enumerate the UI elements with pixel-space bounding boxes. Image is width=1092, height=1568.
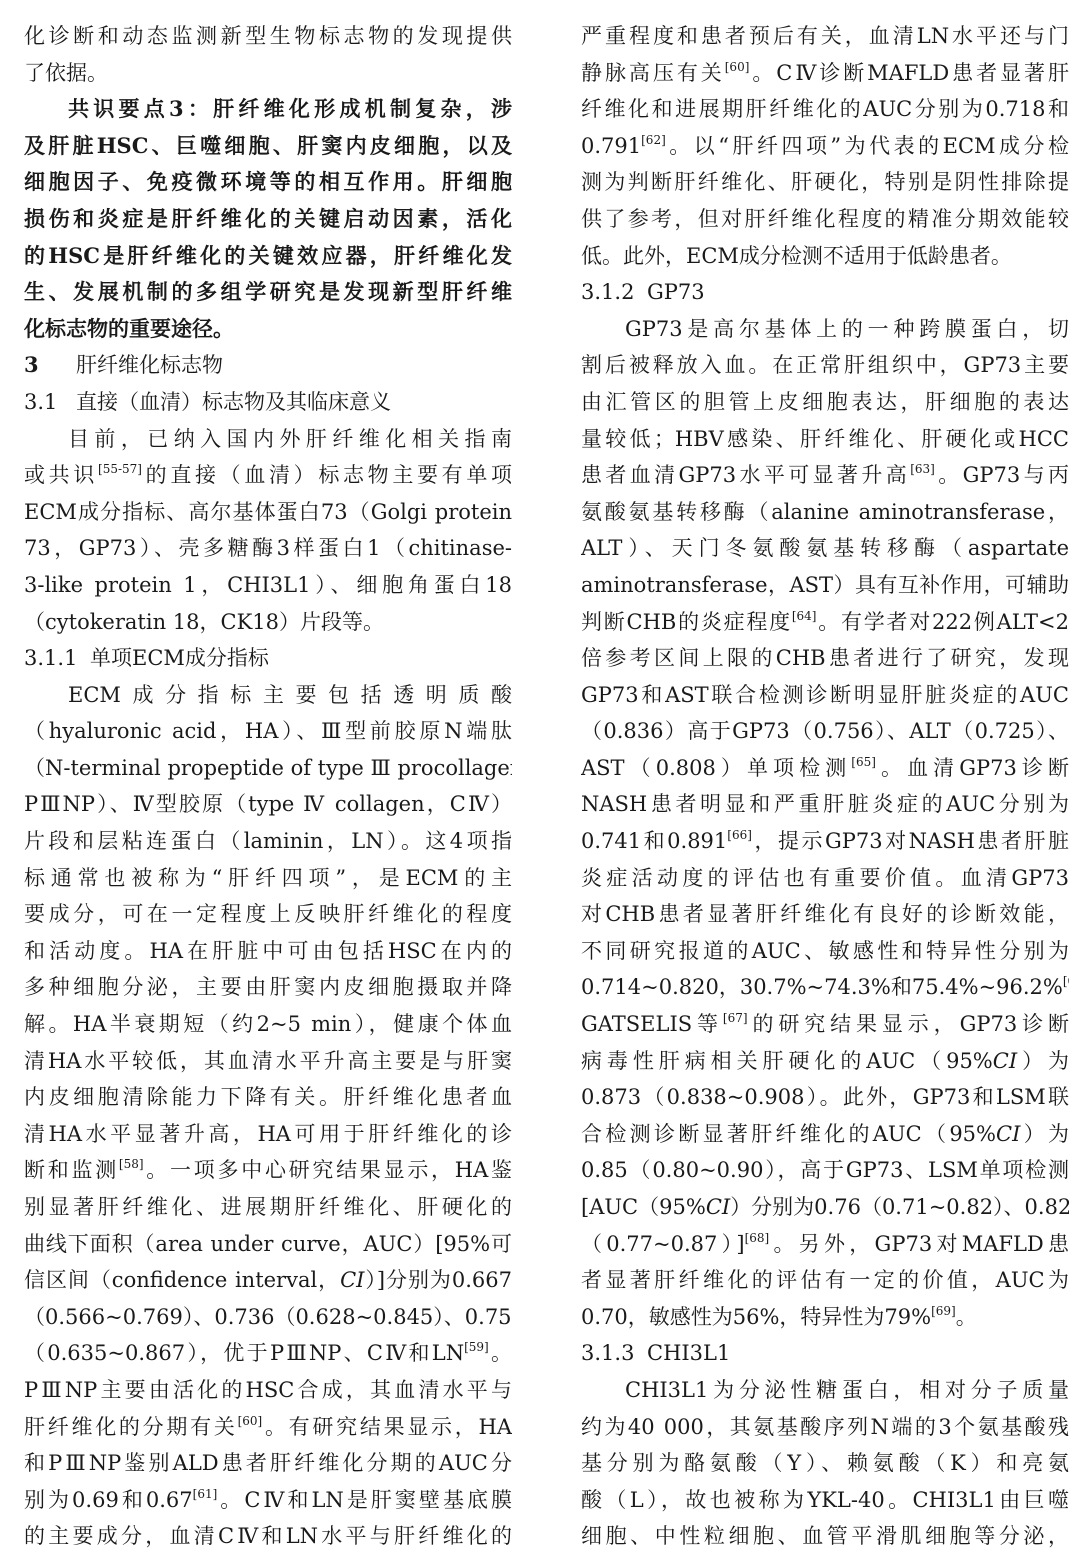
line-text: ）为 xyxy=(1017,1049,1069,1073)
consensus-point-line: 化标志物的重要途径。 xyxy=(24,311,512,348)
paragraph-line: （cytokeratin 18，CK18）片段等。 xyxy=(24,604,512,641)
paragraph-line: PⅢNP主要由活化的HSC合成，其血清水平与 xyxy=(24,1372,512,1409)
paragraph-line: 静脉高压有关[60]。CⅣ诊断MAFLD患者显著肝 xyxy=(581,55,1069,92)
line-text: 0.85（0.80~0.90），高于GP73、LSM单项检测 xyxy=(581,1158,1069,1182)
line-text: （0.635~0.867），优于PⅢNP、CⅣ和LN xyxy=(24,1341,464,1365)
paragraph-line: （0.566~0.769）、0.736（0.628~0.845）、0.751 xyxy=(24,1299,512,1336)
section-number: 3.1 xyxy=(24,384,76,421)
line-text: 判断CHB的炎症程度 xyxy=(581,610,792,634)
paragraph-line: 的主要成分，血清CⅣ和LN水平与肝纤维化的 xyxy=(24,1518,512,1555)
citation-reference[interactable]: [69] xyxy=(931,1304,956,1318)
line-text: 别为0.69和0.67 xyxy=(24,1488,193,1512)
paragraph-line: （0.635~0.867），优于PⅢNP、CⅣ和LN[59]。 xyxy=(24,1335,512,1372)
consensus-point-line: 细胞因子、免疫微环境等的相互作用。肝细胞 xyxy=(24,164,512,201)
paragraph-line: GP73是高尔基体上的一种跨膜蛋白，切 xyxy=(581,311,1069,348)
paragraph-line: 或共识[55-57]的直接（血清）标志物主要有单项 xyxy=(24,457,512,494)
paragraph-line: 纤维化和进展期肝纤维化的AUC分别为0.718和 xyxy=(581,91,1069,128)
line-text: 。有学者对222例ALT<2 xyxy=(817,610,1069,634)
line-text: 片段和层粘连蛋白（laminin，LN）。这4项指 xyxy=(24,829,512,853)
line-text: 细胞因子、免疫微环境等的相互作用。肝细胞 xyxy=(24,169,512,194)
citation-reference[interactable]: [64] xyxy=(792,609,817,623)
line-text: 3-like protein 1，CHI3L1）、细胞角蛋白18 xyxy=(24,573,512,597)
citation-reference[interactable]: [67] xyxy=(723,1011,748,1025)
citation-reference[interactable]: [60] xyxy=(238,1414,263,1428)
section-number: 3.1.3 xyxy=(581,1335,647,1372)
paragraph-line: 严重程度和患者预后有关，血清LN水平还与门 xyxy=(581,18,1069,55)
paragraph-line: 多种细胞分泌，主要由肝窦内皮细胞摄取并降 xyxy=(24,969,512,1006)
line-text: （cytokeratin 18，CK18）片段等。 xyxy=(24,610,384,634)
paragraph-line: 3-like protein 1，CHI3L1）、细胞角蛋白18 xyxy=(24,567,512,604)
citation-reference[interactable]: [65] xyxy=(851,755,876,769)
paragraph-line: 0.791[62]。以“肝纤四项”为代表的ECM成分检 xyxy=(581,128,1069,165)
section-title: 单项ECM成分指标 xyxy=(90,646,269,670)
line-text: 的研究结果显示，GP73诊断 xyxy=(748,1012,1069,1036)
paragraph-line: 信区间（confidence interval，CI）]分别为0.667 xyxy=(24,1262,512,1299)
line-text: 者显著肝纤维化的评估有一定的价值，AUC为 xyxy=(581,1268,1069,1292)
paragraph-line: 解。HA半衰期短（约2~5 min），健康个体血 xyxy=(24,1006,512,1043)
citation-reference[interactable]: [59] xyxy=(464,1340,489,1354)
line-text: （0.77~0.87）] xyxy=(581,1232,745,1256)
line-text: 。以“肝纤四项”为代表的ECM成分检 xyxy=(666,134,1069,158)
paragraph-line: 目前，已纳入国内外肝纤维化相关指南 xyxy=(24,421,512,458)
line-text: 病毒性肝病相关肝硬化的AUC（95% xyxy=(581,1049,993,1073)
paragraph-line: 酸（L），故也被称为YKL-40。CHI3L1由巨噬 xyxy=(581,1482,1069,1519)
line-text: 倍参考区间上限的CHB患者进行了研究，发现 xyxy=(581,646,1069,670)
paragraph-line: 合检测诊断显著肝纤维化的AUC（95%CI）为 xyxy=(581,1116,1069,1153)
line-text: 由汇管区的胆管上皮细胞表达，肝细胞的表达 xyxy=(581,390,1069,414)
paragraph-line: 肝纤维化的分期有关[60]。有研究结果显示，HA xyxy=(24,1409,512,1446)
citation-reference[interactable]: [63] xyxy=(910,462,935,476)
paragraph-line: [AUC（95%CI）分别为0.76（0.71~0.82）、0.82 xyxy=(581,1189,1069,1226)
line-text: 了依据。 xyxy=(24,61,108,85)
line-text: 0.714~0.820，30.7%~74.3%和75.4%~96.2% xyxy=(581,975,1063,999)
line-text: 。 xyxy=(956,1305,977,1329)
line-text: 纤维化和进展期肝纤维化的AUC分别为0.718和 xyxy=(581,97,1069,121)
line-text: 患者血清GP73水平可显著升高 xyxy=(581,463,910,487)
line-text: GATSELIS等 xyxy=(581,1012,723,1036)
line-text: GP73是高尔基体上的一种跨膜蛋白，切 xyxy=(625,317,1069,341)
paragraph-line: 细胞、中性粒细胞、血管平滑肌细胞等分泌， xyxy=(581,1518,1069,1555)
line-text: 静脉高压有关 xyxy=(581,61,725,85)
line-text: PⅢNP主要由活化的HSC合成，其血清水平与 xyxy=(24,1378,512,1402)
section-number: 3.1.1 xyxy=(24,640,90,677)
paragraph-line: 片段和层粘连蛋白（laminin，LN）。这4项指 xyxy=(24,823,512,860)
section-heading: 3.1.1单项ECM成分指标 xyxy=(24,640,512,677)
paragraph-line: 别为0.69和0.67[61]。CⅣ和LN是肝窦壁基底膜 xyxy=(24,1482,512,1519)
section-title: 直接（血清）标志物及其临床意义 xyxy=(76,390,391,414)
citation-reference[interactable]: [61] xyxy=(193,1487,218,1501)
paragraph-line: PⅢNP）、Ⅳ型胶原（type Ⅳ collagen，CⅣ） xyxy=(24,786,512,823)
section-heading: 3.1直接（血清）标志物及其临床意义 xyxy=(24,384,512,421)
line-text: 炎症活动度的评估也有重要价值。血清GP73 xyxy=(581,866,1069,890)
paragraph-line: 不同研究报道的AUC、敏感性和特异性分别为 xyxy=(581,933,1069,970)
line-text: 割后被释放入血。在正常肝组织中，GP73主要 xyxy=(581,353,1069,377)
paragraph-line: 测为判断肝纤维化、肝硬化，特别是阴性排除提 xyxy=(581,164,1069,201)
line-text: ）为 xyxy=(1020,1122,1069,1146)
left-column: 化诊断和动态监测新型生物标志物的发现提供了依据。共识要点3：肝纤维化形成机制复杂… xyxy=(24,18,512,1555)
line-text: 酸（L），故也被称为YKL-40。CHI3L1由巨噬 xyxy=(581,1488,1069,1512)
paragraph-line: 炎症活动度的评估也有重要价值。血清GP73 xyxy=(581,860,1069,897)
italic-term: CI xyxy=(706,1195,730,1219)
paragraph-line: 73，GP73）、壳多糖酶3样蛋白1（chitinase- xyxy=(24,530,512,567)
paragraph-line: 对CHB患者显著肝纤维化有良好的诊断效能， xyxy=(581,896,1069,933)
line-text: 基分别为酪氨酸（Y）、赖氨酸（K）和亮氨 xyxy=(581,1451,1069,1475)
paragraph-line: 内皮细胞清除能力下降有关。肝纤维化患者血 xyxy=(24,1079,512,1116)
paragraph-line: 基分别为酪氨酸（Y）、赖氨酸（K）和亮氨 xyxy=(581,1445,1069,1482)
paragraph-line: 化诊断和动态监测新型生物标志物的发现提供 xyxy=(24,18,512,55)
line-text: 曲线下面积（area under curve，AUC）[95%可 xyxy=(24,1232,512,1256)
paragraph-line: 0.741和0.891[66]，提示GP73对NASH患者肝脏 xyxy=(581,823,1069,860)
paragraph-line: 割后被释放入血。在正常肝组织中，GP73主要 xyxy=(581,347,1069,384)
paragraph-line: aminotransferase，AST）具有互补作用，可辅助 xyxy=(581,567,1069,604)
paragraph-line: GATSELIS等[67]的研究结果显示，GP73诊断 xyxy=(581,1006,1069,1043)
line-text: [AUC（95% xyxy=(581,1195,706,1219)
right-column: 严重程度和患者预后有关，血清LN水平还与门静脉高压有关[60]。CⅣ诊断MAFL… xyxy=(581,18,1069,1555)
paragraph-line: 供了参考，但对肝纤维化程度的精准分期效能较 xyxy=(581,201,1069,238)
consensus-point-line: 生、发展机制的多组学研究是发现新型肝纤维 xyxy=(24,274,512,311)
line-text: 生、发展机制的多组学研究是发现新型肝纤维 xyxy=(24,279,512,304)
italic-term: CI xyxy=(996,1122,1020,1146)
line-text: GP73和AST联合检测诊断明显肝脏炎症的AUC xyxy=(581,683,1069,707)
line-text: 肝纤维化的分期有关 xyxy=(24,1415,238,1439)
line-text: 化标志物的重要途径。 xyxy=(24,316,234,341)
section-heading: 3肝纤维化标志物 xyxy=(24,347,512,384)
line-text: 。CⅣ和LN是肝窦壁基底膜 xyxy=(217,1488,512,1512)
line-text: 标通常也被称为“肝纤四项”，是ECM的主 xyxy=(24,866,512,890)
line-text: 的主要成分，血清CⅣ和LN水平与肝纤维化的 xyxy=(24,1524,512,1548)
italic-term: CI xyxy=(340,1268,364,1292)
citation-reference[interactable]: [66] xyxy=(727,828,752,842)
citation-reference[interactable]: [68] xyxy=(745,1231,770,1245)
line-text: 信区间（confidence interval， xyxy=(24,1268,340,1292)
paragraph-line: 和PⅢNP鉴别ALD患者肝纤维化分期的AUC分 xyxy=(24,1445,512,1482)
consensus-point-line: 及肝脏HSC、巨噬细胞、肝窦内皮细胞，以及 xyxy=(24,128,512,165)
line-text: 化诊断和动态监测新型生物标志物的发现提供 xyxy=(24,24,512,48)
paragraph-line: 倍参考区间上限的CHB患者进行了研究，发现 xyxy=(581,640,1069,677)
paragraph-line: 曲线下面积（area under curve，AUC）[95%可 xyxy=(24,1226,512,1263)
italic-term: CI xyxy=(993,1049,1017,1073)
section-number: 3 xyxy=(24,347,76,384)
line-text: 。另外，GP73对MAFLD患 xyxy=(769,1232,1069,1256)
line-text: 。GP73与丙 xyxy=(935,463,1069,487)
paragraph-line: 低。此外，ECM成分检测不适用于低龄患者。 xyxy=(581,238,1069,275)
section-number: 3.1.2 xyxy=(581,274,647,311)
line-text: 和PⅢNP鉴别ALD患者肝纤维化分期的AUC分 xyxy=(24,1451,512,1475)
line-text: 目前，已纳入国内外肝纤维化相关指南 xyxy=(68,427,512,451)
paragraph-line: 断和监测[58]。一项多中心研究结果显示，HA鉴 xyxy=(24,1152,512,1189)
line-text: 损伤和炎症是肝纤维化的关键启动因素，活化 xyxy=(24,206,512,231)
line-text: 。有研究结果显示，HA xyxy=(262,1415,512,1439)
paragraph-line: 0.85（0.80~0.90），高于GP73、LSM单项检测 xyxy=(581,1152,1069,1189)
line-text: PⅢNP）、Ⅳ型胶原（type Ⅳ collagen，CⅣ） xyxy=(24,792,512,816)
paragraph-line: （hyaluronic acid，HA）、Ⅲ型前胶原N端肽 xyxy=(24,713,512,750)
line-text: ）分别为0.76（0.71~0.82）、0.82 xyxy=(730,1195,1069,1219)
line-text: 要成分，可在一定程度上反映肝纤维化的程度 xyxy=(24,902,512,926)
line-text: ECM成分指标、高尔基体蛋白73（Golgi protein xyxy=(24,500,512,524)
section-heading: 3.1.3CHI3L1 xyxy=(581,1335,1069,1372)
citation-reference[interactable]: [55-57] xyxy=(98,462,142,476)
line-text: 对CHB患者显著肝纤维化有良好的诊断效能， xyxy=(581,902,1069,926)
line-text: 清HA水平较低，其血清水平升高主要是与肝窦 xyxy=(24,1049,512,1073)
paragraph-line: AST（0.808）单项检测[65]。血清GP73诊断 xyxy=(581,750,1069,787)
section-title: CHI3L1 xyxy=(647,1341,730,1365)
paragraph-line: （N-terminal propeptide of type Ⅲ procoll… xyxy=(24,750,512,787)
line-text: 。血清GP73诊断 xyxy=(876,756,1069,780)
line-text: CHI3L1为分泌性糖蛋白，相对分子质量 xyxy=(625,1378,1069,1402)
line-text: ）]分别为0.667 xyxy=(364,1268,512,1292)
paragraph-line: ECM成分指标主要包括透明质酸 xyxy=(24,677,512,714)
line-text: 。CⅣ诊断MAFLD患者显著肝 xyxy=(749,61,1069,85)
paragraph-line: GP73和AST联合检测诊断明显肝脏炎症的AUC xyxy=(581,677,1069,714)
paragraph-line: CHI3L1为分泌性糖蛋白，相对分子质量 xyxy=(581,1372,1069,1409)
line-text: （0.836）高于GP73（0.756）、ALT（0.725）、 xyxy=(581,719,1069,743)
paragraph-line: ALT）、天门冬氨酸氨基转移酶（aspartate xyxy=(581,530,1069,567)
paragraph-line: 0.873（0.838~0.908）。此外，GP73和LSM联 xyxy=(581,1079,1069,1116)
line-text: 量较低；HBV感染、肝纤维化、肝硬化或HCC xyxy=(581,427,1069,451)
line-text: NASH患者明显和严重肝脏炎症的AUC分别为 xyxy=(581,792,1069,816)
citation-reference[interactable]: [60] xyxy=(725,60,750,74)
paragraph-line: 患者血清GP73水平可显著升高[63]。GP73与丙 xyxy=(581,457,1069,494)
line-text: aminotransferase，AST）具有互补作用，可辅助 xyxy=(581,573,1069,597)
line-text: 0.741和0.891 xyxy=(581,829,727,853)
section-heading: 3.1.2GP73 xyxy=(581,274,1069,311)
paragraph-line: 和活动度。HA在肝脏中可由包括HSC在内的 xyxy=(24,933,512,970)
line-text: （N-terminal propeptide of type Ⅲ procoll… xyxy=(24,756,512,780)
section-title: GP73 xyxy=(647,280,705,304)
line-text: 严重程度和患者预后有关，血清LN水平还与门 xyxy=(581,24,1069,48)
line-text: ALT）、天门冬氨酸氨基转移酶（aspartate xyxy=(581,536,1069,560)
line-text: 氨酸氨基转移酶（alanine aminotransferase， xyxy=(581,500,1069,524)
line-text: 多种细胞分泌，主要由肝窦内皮细胞摄取并降 xyxy=(24,975,512,999)
paragraph-line: NASH患者明显和严重肝脏炎症的AUC分别为 xyxy=(581,786,1069,823)
line-text: 的直接（血清）标志物主要有单项 xyxy=(142,463,512,487)
line-text: 测为判断肝纤维化、肝硬化，特别是阴性排除提 xyxy=(581,170,1069,194)
paragraph-line: 0.714~0.820，30.7%~74.3%和75.4%~96.2%[63]。 xyxy=(581,969,1069,1006)
consensus-point-line: 损伤和炎症是肝纤维化的关键启动因素，活化 xyxy=(24,201,512,238)
paragraph-line: ECM成分指标、高尔基体蛋白73（Golgi protein xyxy=(24,494,512,531)
paragraph-line: 清HA水平较低，其血清水平升高主要是与肝窦 xyxy=(24,1043,512,1080)
line-text: AST（0.808）单项检测 xyxy=(581,756,851,780)
paragraph-line: 了依据。 xyxy=(24,55,512,92)
citation-reference[interactable]: [63] xyxy=(1063,974,1069,988)
line-text: 或共识 xyxy=(24,463,98,487)
paragraph-line: 约为40 000，其氨基酸序列N端的3个氨基酸残 xyxy=(581,1409,1069,1446)
line-text: 低。此外，ECM成分检测不适用于低龄患者。 xyxy=(581,244,1012,268)
consensus-point-line: 的HSC是肝纤维化的关键效应器，肝纤维化发 xyxy=(24,238,512,275)
line-text: （0.566~0.769）、0.736（0.628~0.845）、0.751 xyxy=(24,1305,512,1329)
line-text: 别显著肝纤维化、进展期肝纤维化、肝硬化的 xyxy=(24,1195,512,1219)
line-text: 合检测诊断显著肝纤维化的AUC（95% xyxy=(581,1122,996,1146)
line-text: 。一项多中心研究结果显示，HA鉴 xyxy=(144,1158,512,1182)
paragraph-line: 标通常也被称为“肝纤四项”，是ECM的主 xyxy=(24,860,512,897)
paragraph-line: 判断CHB的炎症程度[64]。有学者对222例ALT<2 xyxy=(581,604,1069,641)
line-text: ，提示GP73对NASH患者肝脏 xyxy=(752,829,1069,853)
line-text: 约为40 000，其氨基酸序列N端的3个氨基酸残 xyxy=(581,1415,1069,1439)
line-text: 供了参考，但对肝纤维化程度的精准分期效能较 xyxy=(581,207,1069,231)
line-text: 73，GP73）、壳多糖酶3样蛋白1（chitinase- xyxy=(24,536,512,560)
paragraph-line: （0.836）高于GP73（0.756）、ALT（0.725）、 xyxy=(581,713,1069,750)
line-text: 的HSC是肝纤维化的关键效应器，肝纤维化发 xyxy=(24,243,512,268)
paragraph-line: 氨酸氨基转移酶（alanine aminotransferase， xyxy=(581,494,1069,531)
line-text: ECM成分指标主要包括透明质酸 xyxy=(68,683,512,707)
citation-reference[interactable]: [62] xyxy=(641,133,666,147)
line-text: 断和监测 xyxy=(24,1158,119,1182)
line-text: 解。HA半衰期短（约2~5 min），健康个体血 xyxy=(24,1012,512,1036)
paragraph-line: 清HA水平显著升高，HA可用于肝纤维化的诊 xyxy=(24,1116,512,1153)
paragraph-line: 由汇管区的胆管上皮细胞表达，肝细胞的表达 xyxy=(581,384,1069,421)
paragraph-line: 者显著肝纤维化的评估有一定的价值，AUC为 xyxy=(581,1262,1069,1299)
section-title: 肝纤维化标志物 xyxy=(76,353,223,377)
paragraph-line: 别显著肝纤维化、进展期肝纤维化、肝硬化的 xyxy=(24,1189,512,1226)
line-text: 0.791 xyxy=(581,134,641,158)
paragraph-line: 病毒性肝病相关肝硬化的AUC（95%CI）为 xyxy=(581,1043,1069,1080)
line-text: 及肝脏HSC、巨噬细胞、肝窦内皮细胞，以及 xyxy=(24,133,512,158)
line-text: 清HA水平显著升高，HA可用于肝纤维化的诊 xyxy=(24,1122,512,1146)
line-text: 0.873（0.838~0.908）。此外，GP73和LSM联 xyxy=(581,1085,1069,1109)
paragraph-line: 要成分，可在一定程度上反映肝纤维化的程度 xyxy=(24,896,512,933)
citation-reference[interactable]: [58] xyxy=(119,1157,144,1171)
line-text: 和活动度。HA在肝脏中可由包括HSC在内的 xyxy=(24,939,512,963)
line-text: 共识要点3：肝纤维化形成机制复杂，涉 xyxy=(68,96,512,121)
line-text: （hyaluronic acid，HA）、Ⅲ型前胶原N端肽 xyxy=(24,719,512,743)
line-text: 0.70，敏感性为56%，特异性为79% xyxy=(581,1305,931,1329)
line-text: 内皮细胞清除能力下降有关。肝纤维化患者血 xyxy=(24,1085,512,1109)
line-text: 细胞、中性粒细胞、血管平滑肌细胞等分泌， xyxy=(581,1524,1069,1548)
paragraph-line: 0.70，敏感性为56%，特异性为79%[69]。 xyxy=(581,1299,1069,1336)
paragraph-line: 量较低；HBV感染、肝纤维化、肝硬化或HCC xyxy=(581,421,1069,458)
line-text: 不同研究报道的AUC、敏感性和特异性分别为 xyxy=(581,939,1069,963)
paragraph-line: （0.77~0.87）][68]。另外，GP73对MAFLD患 xyxy=(581,1226,1069,1263)
consensus-point-line: 共识要点3：肝纤维化形成机制复杂，涉 xyxy=(24,91,512,128)
line-text: 。 xyxy=(489,1341,512,1365)
